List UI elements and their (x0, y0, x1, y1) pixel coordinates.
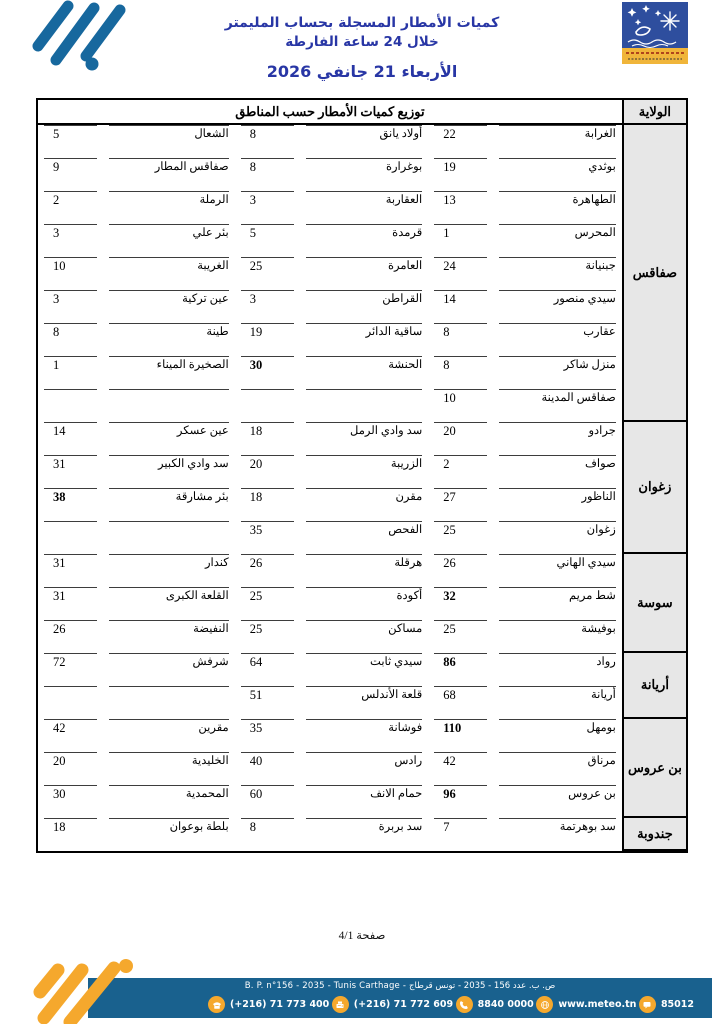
contact-item: (+216) 71 773 400 (208, 996, 329, 1013)
station-name-cell (300, 389, 428, 422)
station-name-cell: المحرس (493, 224, 621, 257)
rainfall-value-cell: 8 (38, 323, 103, 356)
station-name-cell: الناظور (493, 488, 621, 521)
rainfall-value-cell: 26 (428, 554, 493, 587)
rainfall-value-cell: 13 (428, 191, 493, 224)
rainfall-value-cell: 26 (38, 620, 103, 653)
rainfall-value-cell (38, 389, 103, 422)
station-name-cell: مقرين (103, 719, 234, 752)
station-name-cell: سد وادي الكبير (103, 455, 234, 488)
rainfall-value-cell: 19 (428, 158, 493, 191)
station-name-cell: بلطة بوعوان (103, 818, 234, 851)
station-name-cell: بن عروس (493, 785, 621, 818)
station-name-cell: مساكن (300, 620, 428, 653)
rainfall-value-cell: 20 (428, 422, 493, 455)
rainfall-value-cell: 18 (235, 488, 300, 521)
station-name-cell: الصخيرة الميناء (103, 356, 234, 389)
rainfall-value-cell: 8 (235, 158, 300, 191)
station-name-cell: أكودة (300, 587, 428, 620)
rainfall-value-cell: 7 (428, 818, 493, 851)
station-name-cell: مقرن (300, 488, 428, 521)
table-row: عقارب8ساقية الدائر19طينة8 (38, 323, 686, 356)
rainfall-value-cell: 31 (38, 554, 103, 587)
footer-address: B. P. n°156 - 2035 - Tunis Carthage - ص.… (88, 978, 712, 993)
rainfall-value-cell: 19 (235, 323, 300, 356)
rainfall-value-cell: 31 (38, 455, 103, 488)
rainfall-value-cell: 64 (235, 653, 300, 686)
station-name-cell: الخليدية (103, 752, 234, 785)
station-name-cell: عين عسكر (103, 422, 234, 455)
table-row: منزل شاكر8الحنشة30الصخيرة الميناء1 (38, 356, 686, 389)
rainfall-value-cell: 5 (235, 224, 300, 257)
rainfall-value-cell: 10 (428, 389, 493, 422)
rainfall-value-cell (38, 521, 103, 554)
sms-icon (639, 996, 656, 1013)
rainfall-value-cell: 25 (235, 587, 300, 620)
report-title-line2: خلال 24 ساعة الفارطة (182, 33, 542, 51)
table-row: زغوانجرادو20سد وادي الرمل18عين عسكر14 (38, 422, 686, 455)
table-row: بن عروس96حمام الانف60المحمدية30 (38, 785, 686, 818)
table-row: شط مريم32أكودة25القلعة الكبرى31 (38, 587, 686, 620)
rainfall-value-cell: 86 (428, 653, 493, 686)
rainfall-value-cell: 14 (428, 290, 493, 323)
rainfall-value-cell: 1 (428, 224, 493, 257)
station-name-cell: الطهاهرة (493, 191, 621, 224)
station-name-cell: النفيضة (103, 620, 234, 653)
station-name-cell: سد بربرة (300, 818, 428, 851)
page-number: صفحة 4/1 (0, 928, 724, 942)
station-name-cell: رادس (300, 752, 428, 785)
rainfall-value-cell: 3 (38, 224, 103, 257)
station-name-cell: سيدي ثابت (300, 653, 428, 686)
station-name-cell: جرادو (493, 422, 621, 455)
phone-icon (208, 996, 225, 1013)
table-row: سوسةسيدي الهاني26هرقلة26كندار31 (38, 554, 686, 587)
rainfall-value-cell: 20 (38, 752, 103, 785)
rainfall-value-cell: 25 (235, 257, 300, 290)
rainfall-value-cell: 3 (235, 290, 300, 323)
table-row: بوثدي19بوغرارة8صفاقس المطار9 (38, 158, 686, 191)
station-name-cell: عقارب (493, 323, 621, 356)
table-row: الناظور27مقرن18بئر مشارقة38 (38, 488, 686, 521)
footer-contacts: (+216) 71 773 400(+216) 71 772 6098840 0… (88, 993, 712, 1013)
footer-stripes-icon (30, 948, 165, 1024)
rainfall-value-cell: 40 (235, 752, 300, 785)
station-name-cell: الغرابة (493, 125, 621, 158)
station-name-cell: قرمدة (300, 224, 428, 257)
station-name-cell: الرملة (103, 191, 234, 224)
table-row: الطهاهرة13العقاربة3الرملة2 (38, 191, 686, 224)
rainfall-value-cell: 30 (235, 356, 300, 389)
rainfall-value-cell: 14 (38, 422, 103, 455)
rainfall-value-cell: 25 (428, 521, 493, 554)
fax-icon (332, 996, 349, 1013)
table-row: بن عروسبومهل110فوشانة35مقرين42 (38, 719, 686, 752)
station-name-cell: الغريبة (103, 257, 234, 290)
contact-text: 8840 0000 (478, 999, 534, 1010)
rainfall-value-cell: 18 (38, 818, 103, 851)
table-row: صواف2الزريبة20سد وادي الكبير31 (38, 455, 686, 488)
table-row: أريانةرواد86سيدي ثابت64شرفش72 (38, 653, 686, 686)
rainfall-value-cell: 32 (428, 587, 493, 620)
table-row: سيدي منصور14القراطن3عين تركية3 (38, 290, 686, 323)
wilaya-cell: سوسة (622, 554, 686, 653)
rainfall-value-cell: 20 (235, 455, 300, 488)
wilaya-cell: صفاقس (622, 125, 686, 422)
inm-emblem-icon (622, 2, 688, 64)
contact-item: 85012 (639, 996, 694, 1013)
rainfall-value-cell: 3 (235, 191, 300, 224)
station-name-cell: عين تركية (103, 290, 234, 323)
rainfall-value-cell: 72 (38, 653, 103, 686)
wilaya-cell: زغوان (622, 422, 686, 554)
rainfall-value-cell: 8 (428, 356, 493, 389)
rainfall-value-cell: 9 (38, 158, 103, 191)
station-name-cell: بوفيشة (493, 620, 621, 653)
rainfall-value-cell: 42 (428, 752, 493, 785)
station-name-cell: منزل شاكر (493, 356, 621, 389)
station-name-cell: المحمدية (103, 785, 234, 818)
rainfall-value-cell (235, 389, 300, 422)
station-name-cell: بومهل (493, 719, 621, 752)
wilaya-cell: جندوبة (622, 818, 686, 851)
rainfall-value-cell: 8 (235, 818, 300, 851)
rainfall-value-cell: 68 (428, 686, 493, 719)
rainfall-value-cell: 26 (235, 554, 300, 587)
station-name-cell: هرقلة (300, 554, 428, 587)
rainfall-value-cell: 22 (428, 125, 493, 158)
station-name-cell: حمام الانف (300, 785, 428, 818)
rainfall-value-cell: 1 (38, 356, 103, 389)
table-row: المحرس1قرمدة5بئر علي3 (38, 224, 686, 257)
station-name-cell: مرناق (493, 752, 621, 785)
rainfall-value-cell: 35 (235, 719, 300, 752)
contact-text: (+216) 71 772 609 (354, 999, 453, 1010)
station-name-cell: القراطن (300, 290, 428, 323)
logo-dot (86, 58, 99, 71)
station-name-cell: أولاد يانق (300, 125, 428, 158)
rainfall-value-cell: 24 (428, 257, 493, 290)
station-name-cell: العامرة (300, 257, 428, 290)
table-row: مرناق42رادس40الخليدية20 (38, 752, 686, 785)
station-name-cell: فوشانة (300, 719, 428, 752)
station-name-cell: صفاقس المدينة (493, 389, 621, 422)
report-header: كميات الأمطار المسجلة بحساب المليمتر خلا… (182, 14, 542, 81)
station-name-cell: الزريبة (300, 455, 428, 488)
rainfall-value-cell: 18 (235, 422, 300, 455)
rainfall-value-cell: 96 (428, 785, 493, 818)
table-row: صفاقس المدينة10 (38, 389, 686, 422)
rainfall-value-cell: 25 (235, 620, 300, 653)
station-name-cell: شرفش (103, 653, 234, 686)
rainfall-value-cell (38, 686, 103, 719)
station-name-cell: شط مريم (493, 587, 621, 620)
station-name-cell: صفاقس المطار (103, 158, 234, 191)
table-row: زغوان25الفحص35 (38, 521, 686, 554)
station-name-cell: العقاربة (300, 191, 428, 224)
station-name-cell: سد بوهرتمة (493, 818, 621, 851)
report-title-line1: كميات الأمطار المسجلة بحساب المليمتر (182, 14, 542, 33)
station-name-cell: سيدي منصور (493, 290, 621, 323)
rainfall-value-cell: 30 (38, 785, 103, 818)
report-date: الأربعاء 21 جانفي 2026 (182, 62, 542, 81)
station-name-cell: سد وادي الرمل (300, 422, 428, 455)
table-row: صفاقسالغرابة22أولاد يانق8الشعال5 (38, 125, 686, 158)
rainfall-value-cell: 60 (235, 785, 300, 818)
station-name-cell (103, 521, 234, 554)
station-name-cell: طينة (103, 323, 234, 356)
wilaya-column-header: الولاية (622, 100, 686, 125)
station-name-cell: الفحص (300, 521, 428, 554)
table-row: جبنيانة24العامرة25الغريبة10 (38, 257, 686, 290)
rainfall-value-cell: 5 (38, 125, 103, 158)
station-name-cell: بئر مشارقة (103, 488, 234, 521)
wilaya-cell: بن عروس (622, 719, 686, 818)
rainfall-value-cell: 31 (38, 587, 103, 620)
globe-icon (536, 996, 553, 1013)
rainfall-value-cell: 10 (38, 257, 103, 290)
station-name-cell: صواف (493, 455, 621, 488)
rainfall-value-cell: 51 (235, 686, 300, 719)
contact-item: (+216) 71 772 609 (332, 996, 453, 1013)
rainfall-value-cell: 3 (38, 290, 103, 323)
station-name-cell: قلعة الأندلس (300, 686, 428, 719)
station-name-cell: القلعة الكبرى (103, 587, 234, 620)
table-header-row: الولاية توزيع كميات الأمطار حسب المناطق (38, 100, 686, 125)
station-name-cell: سيدي الهاني (493, 554, 621, 587)
contact-text: (+216) 71 773 400 (230, 999, 329, 1010)
rainfall-value-cell: 25 (428, 620, 493, 653)
rainfall-value-cell: 42 (38, 719, 103, 752)
station-name-cell: زغوان (493, 521, 621, 554)
handset-icon (456, 996, 473, 1013)
station-name-cell (103, 389, 234, 422)
inm-strokes-logo-icon (26, 0, 136, 84)
footer-bar: B. P. n°156 - 2035 - Tunis Carthage - ص.… (88, 978, 712, 1018)
contact-text: www.meteo.tn (558, 999, 636, 1010)
contact-item: 8840 0000 (456, 996, 534, 1013)
station-name-cell: أريانة (493, 686, 621, 719)
table-row: أريانة68قلعة الأندلس51 (38, 686, 686, 719)
station-name-cell: ساقية الدائر (300, 323, 428, 356)
wilaya-cell: أريانة (622, 653, 686, 719)
station-name-cell: الشعال (103, 125, 234, 158)
rainfall-value-cell: 8 (428, 323, 493, 356)
station-name-cell: الحنشة (300, 356, 428, 389)
rainfall-value-cell: 35 (235, 521, 300, 554)
rainfall-value-cell: 27 (428, 488, 493, 521)
distribution-header: توزيع كميات الأمطار حسب المناطق (38, 100, 622, 125)
report-page: كميات الأمطار المسجلة بحساب المليمتر خلا… (0, 0, 724, 1024)
rainfall-table: الولاية توزيع كميات الأمطار حسب المناطق … (36, 98, 688, 853)
station-name-cell: بوثدي (493, 158, 621, 191)
contact-text: 85012 (661, 999, 694, 1010)
rainfall-value-cell: 2 (428, 455, 493, 488)
table-row: بوفيشة25مساكن25النفيضة26 (38, 620, 686, 653)
contact-item: www.meteo.tn (536, 996, 636, 1013)
station-name-cell: بوغرارة (300, 158, 428, 191)
station-name-cell: كندار (103, 554, 234, 587)
station-name-cell: رواد (493, 653, 621, 686)
table-row: جندوبةسد بوهرتمة7سد بربرة8بلطة بوعوان18 (38, 818, 686, 851)
station-name-cell: جبنيانة (493, 257, 621, 290)
rainfall-value-cell: 2 (38, 191, 103, 224)
rainfall-value-cell: 8 (235, 125, 300, 158)
station-name-cell: بئر علي (103, 224, 234, 257)
station-name-cell (103, 686, 234, 719)
rainfall-value-cell: 38 (38, 488, 103, 521)
rainfall-value-cell: 110 (428, 719, 493, 752)
